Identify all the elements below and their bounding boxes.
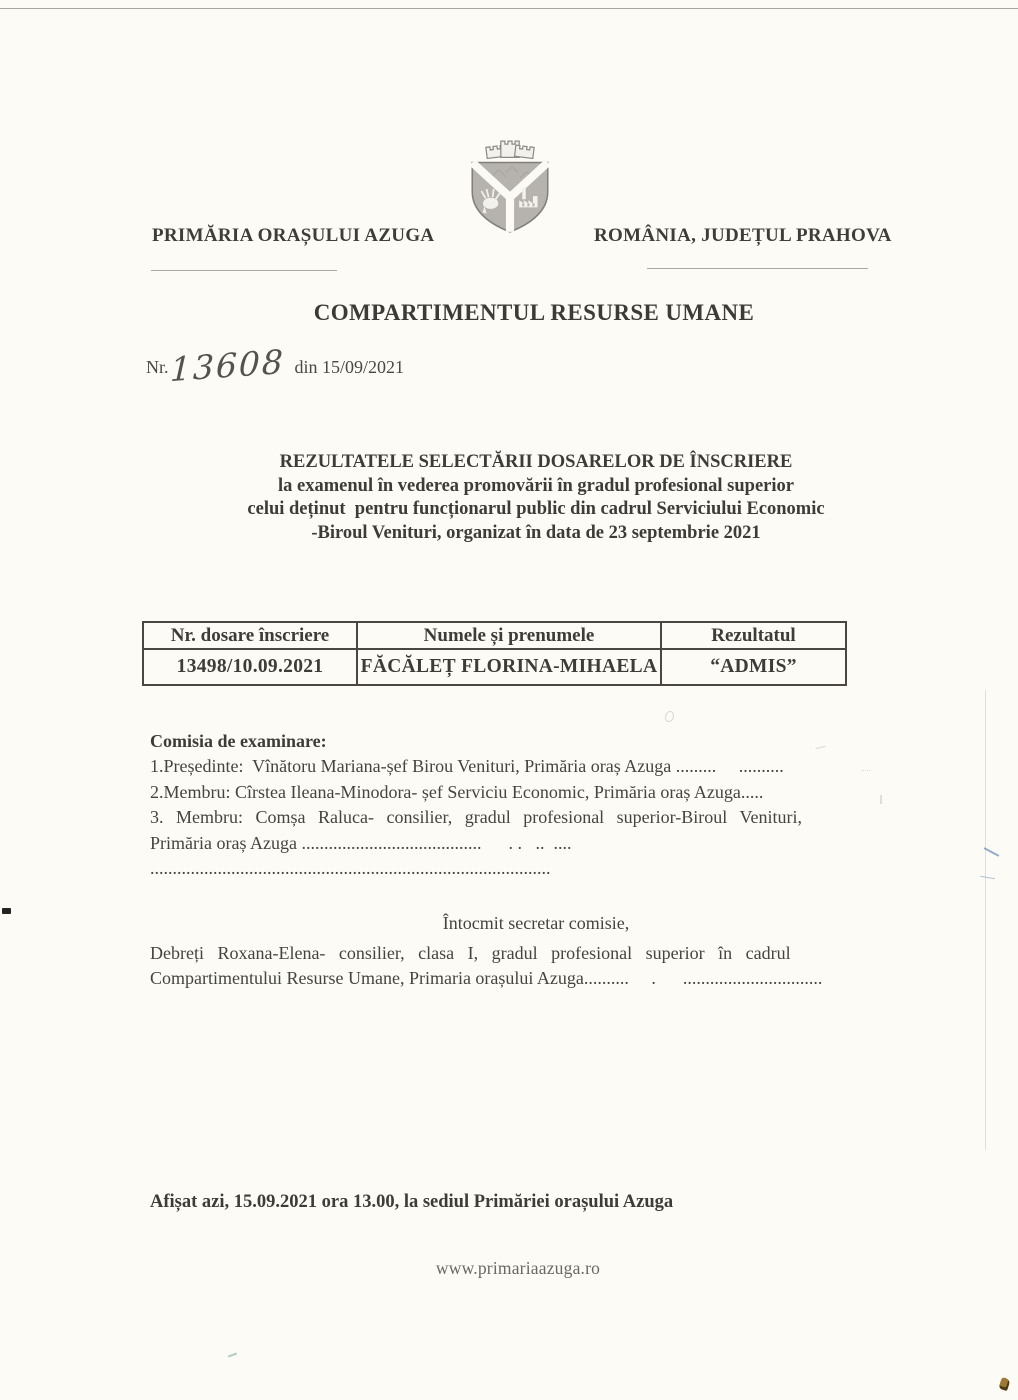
secretary-line-1: Debreți Roxana-Elena- consilier, clasa I… bbox=[150, 941, 872, 966]
commission-title: Comisia de examinare: bbox=[150, 729, 890, 754]
secretary-statement: Debreți Roxana-Elena- consilier, clasa I… bbox=[150, 941, 872, 992]
gray-speck-4 bbox=[880, 795, 882, 804]
examination-commission: Comisia de examinare: 1.Președinte: Vînă… bbox=[150, 729, 890, 881]
website-url: www.primariaazuga.ro bbox=[9, 1258, 1018, 1279]
notice-heading-line-1: REZULTATELE SELECTĂRII DOSARELOR DE ÎNSC… bbox=[166, 451, 906, 475]
scan-edge-line bbox=[0, 8, 1018, 9]
table-header-row: Nr. dosare înscriere Numele și prenumele… bbox=[143, 622, 846, 649]
notice-heading-line-3: celui deținut pentru funcționarul public… bbox=[166, 498, 906, 522]
coat-of-arms-svg bbox=[458, 136, 562, 238]
secretary-heading: Întocmit secretar comisie, bbox=[166, 913, 906, 934]
notice-heading: REZULTATELE SELECTĂRII DOSARELOR DE ÎNSC… bbox=[166, 451, 906, 545]
registration-prefix: Nr. bbox=[146, 357, 169, 377]
posted-notice: Afișat azi, 15.09.2021 ora 13.00, la sed… bbox=[150, 1192, 673, 1213]
secretary-line-2: Compartimentului Resurse Umane, Primaria… bbox=[150, 966, 872, 991]
municipality-name: PRIMĂRIA ORAȘULUI AZUGA bbox=[152, 225, 434, 247]
commission-member-1: 1.Președinte: Vînătoru Mariana-șef Birou… bbox=[150, 754, 890, 779]
registration-date: din 15/09/2021 bbox=[294, 357, 404, 377]
gray-speck-3 bbox=[862, 766, 870, 771]
cell-result: “ADMIS” bbox=[661, 649, 846, 685]
cell-dossier-number: 13498/10.09.2021 bbox=[143, 649, 357, 685]
header-underline-left bbox=[151, 270, 337, 271]
corner-stain-artifact bbox=[998, 1377, 1010, 1391]
cell-candidate-name: FĂCĂLEȚ FLORINA-MIHAELA bbox=[357, 649, 661, 685]
commission-member-3-continuation: Primăria oraș Azuga ....................… bbox=[150, 831, 890, 882]
notice-heading-line-2: la examenul în vederea promovării în gra… bbox=[166, 475, 906, 499]
table-row: 13498/10.09.2021 FĂCĂLEȚ FLORINA-MIHAELA… bbox=[143, 649, 846, 685]
gray-speck-1 bbox=[665, 711, 674, 722]
commission-member-3: 3. Membru: Comșa Raluca- consilier, grad… bbox=[150, 805, 890, 830]
notice-heading-line-4: -Biroul Venituri, organizat în data de 2… bbox=[166, 522, 906, 546]
col-header-result: Rezultatul bbox=[661, 622, 846, 649]
header-underline-right bbox=[647, 268, 868, 269]
scanned-document-page: PRIMĂRIA ORAȘULUI AZUGA bbox=[0, 0, 1018, 1400]
registration-number-handwritten: 13608 bbox=[169, 342, 285, 389]
blue-pen-mark-2 bbox=[980, 876, 995, 880]
coat-of-arms-icon bbox=[458, 136, 562, 243]
ink-dot-artifact bbox=[2, 908, 11, 914]
county-name: ROMÂNIA, JUDEȚUL PRAHOVA bbox=[594, 225, 892, 247]
teal-mark-artifact bbox=[228, 1353, 237, 1358]
col-header-name: Numele și prenumele bbox=[357, 622, 661, 649]
col-header-dossier-number: Nr. dosare înscriere bbox=[143, 622, 357, 649]
crown-icon bbox=[486, 141, 534, 158]
registration-line: Nr.13608din 15/09/2021 bbox=[146, 346, 404, 385]
results-table: Nr. dosare înscriere Numele și prenumele… bbox=[142, 621, 847, 686]
paper-edge-line bbox=[985, 690, 986, 1150]
department-title: COMPARTIMENTUL RESURSE UMANE bbox=[50, 300, 1018, 326]
commission-member-2: 2.Membru: Cîrstea Ileana-Minodora- șef S… bbox=[150, 780, 890, 805]
